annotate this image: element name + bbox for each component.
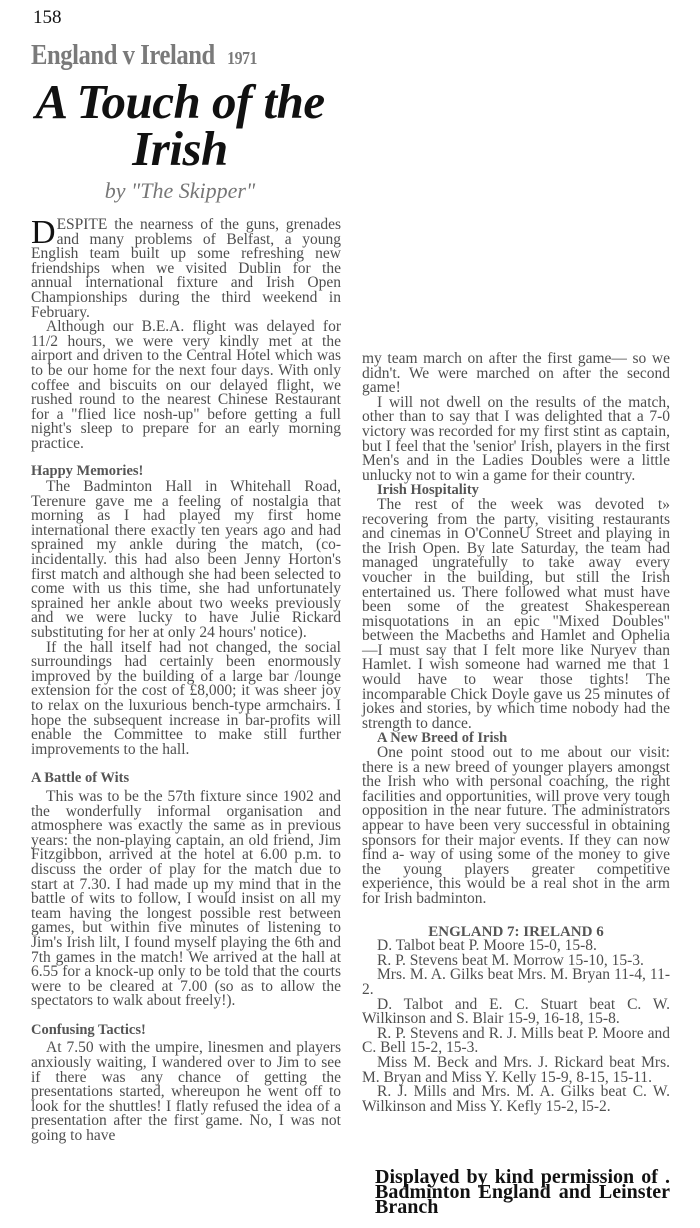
section-heading: Confusing Tactics! xyxy=(31,1023,341,1038)
drop-cap: D xyxy=(31,220,56,246)
result-line: R. J. Mills and Mrs. M. A. Gilks beat C.… xyxy=(362,1085,670,1114)
paragraph: I will not dwell on the results of the m… xyxy=(362,396,670,484)
paragraph: At 7.50 with the umpire, linesmen and pl… xyxy=(31,1041,341,1143)
section-heading: A Battle of Wits xyxy=(31,771,341,786)
result-line: Mrs. M. A. Gilks beat Mrs. M. Bryan 11-4… xyxy=(362,968,670,997)
paragraph: The Badminton Hall in Whitehall Road, Te… xyxy=(31,480,341,641)
kicker-text: England v Ireland xyxy=(31,40,215,71)
intro-paragraph: DESPITE the nearness of the guns, grenad… xyxy=(31,218,341,320)
kicker-year: 1971 xyxy=(227,48,257,68)
result-line: R. P. Stevens and R. J. Mills beat P. Mo… xyxy=(362,1027,670,1056)
result-line: D. Talbot and E. C. Stuart beat C. W. Wi… xyxy=(362,998,670,1027)
byline: by "The Skipper" xyxy=(30,178,330,204)
kicker: England v Ireland1971 xyxy=(31,40,257,72)
paragraph: This was to be the 57th fixture since 19… xyxy=(31,790,341,1009)
right-column: my team march on after the first game— s… xyxy=(362,352,670,1114)
article-title: A Touch of the Irish xyxy=(30,78,330,172)
paragraph: The rest of the week was devoted t» reco… xyxy=(362,498,670,732)
permission-credit: Displayed by kind permission of . Badmin… xyxy=(375,1170,670,1215)
section-heading: Happy Memories! xyxy=(31,464,341,479)
result-line: Miss M. Beck and Mrs. J. Rickard beat Mr… xyxy=(362,1056,670,1085)
page-number: 158 xyxy=(33,7,62,29)
paragraph: my team march on after the first game— s… xyxy=(362,352,670,396)
paragraph: One point stood out to me about our visi… xyxy=(362,746,670,907)
paragraph: If the hall itself had not changed, the … xyxy=(31,641,341,758)
paragraph: Although our B.E.A. flight was delayed f… xyxy=(31,320,341,451)
left-column: DESPITE the nearness of the guns, grenad… xyxy=(31,218,341,1144)
